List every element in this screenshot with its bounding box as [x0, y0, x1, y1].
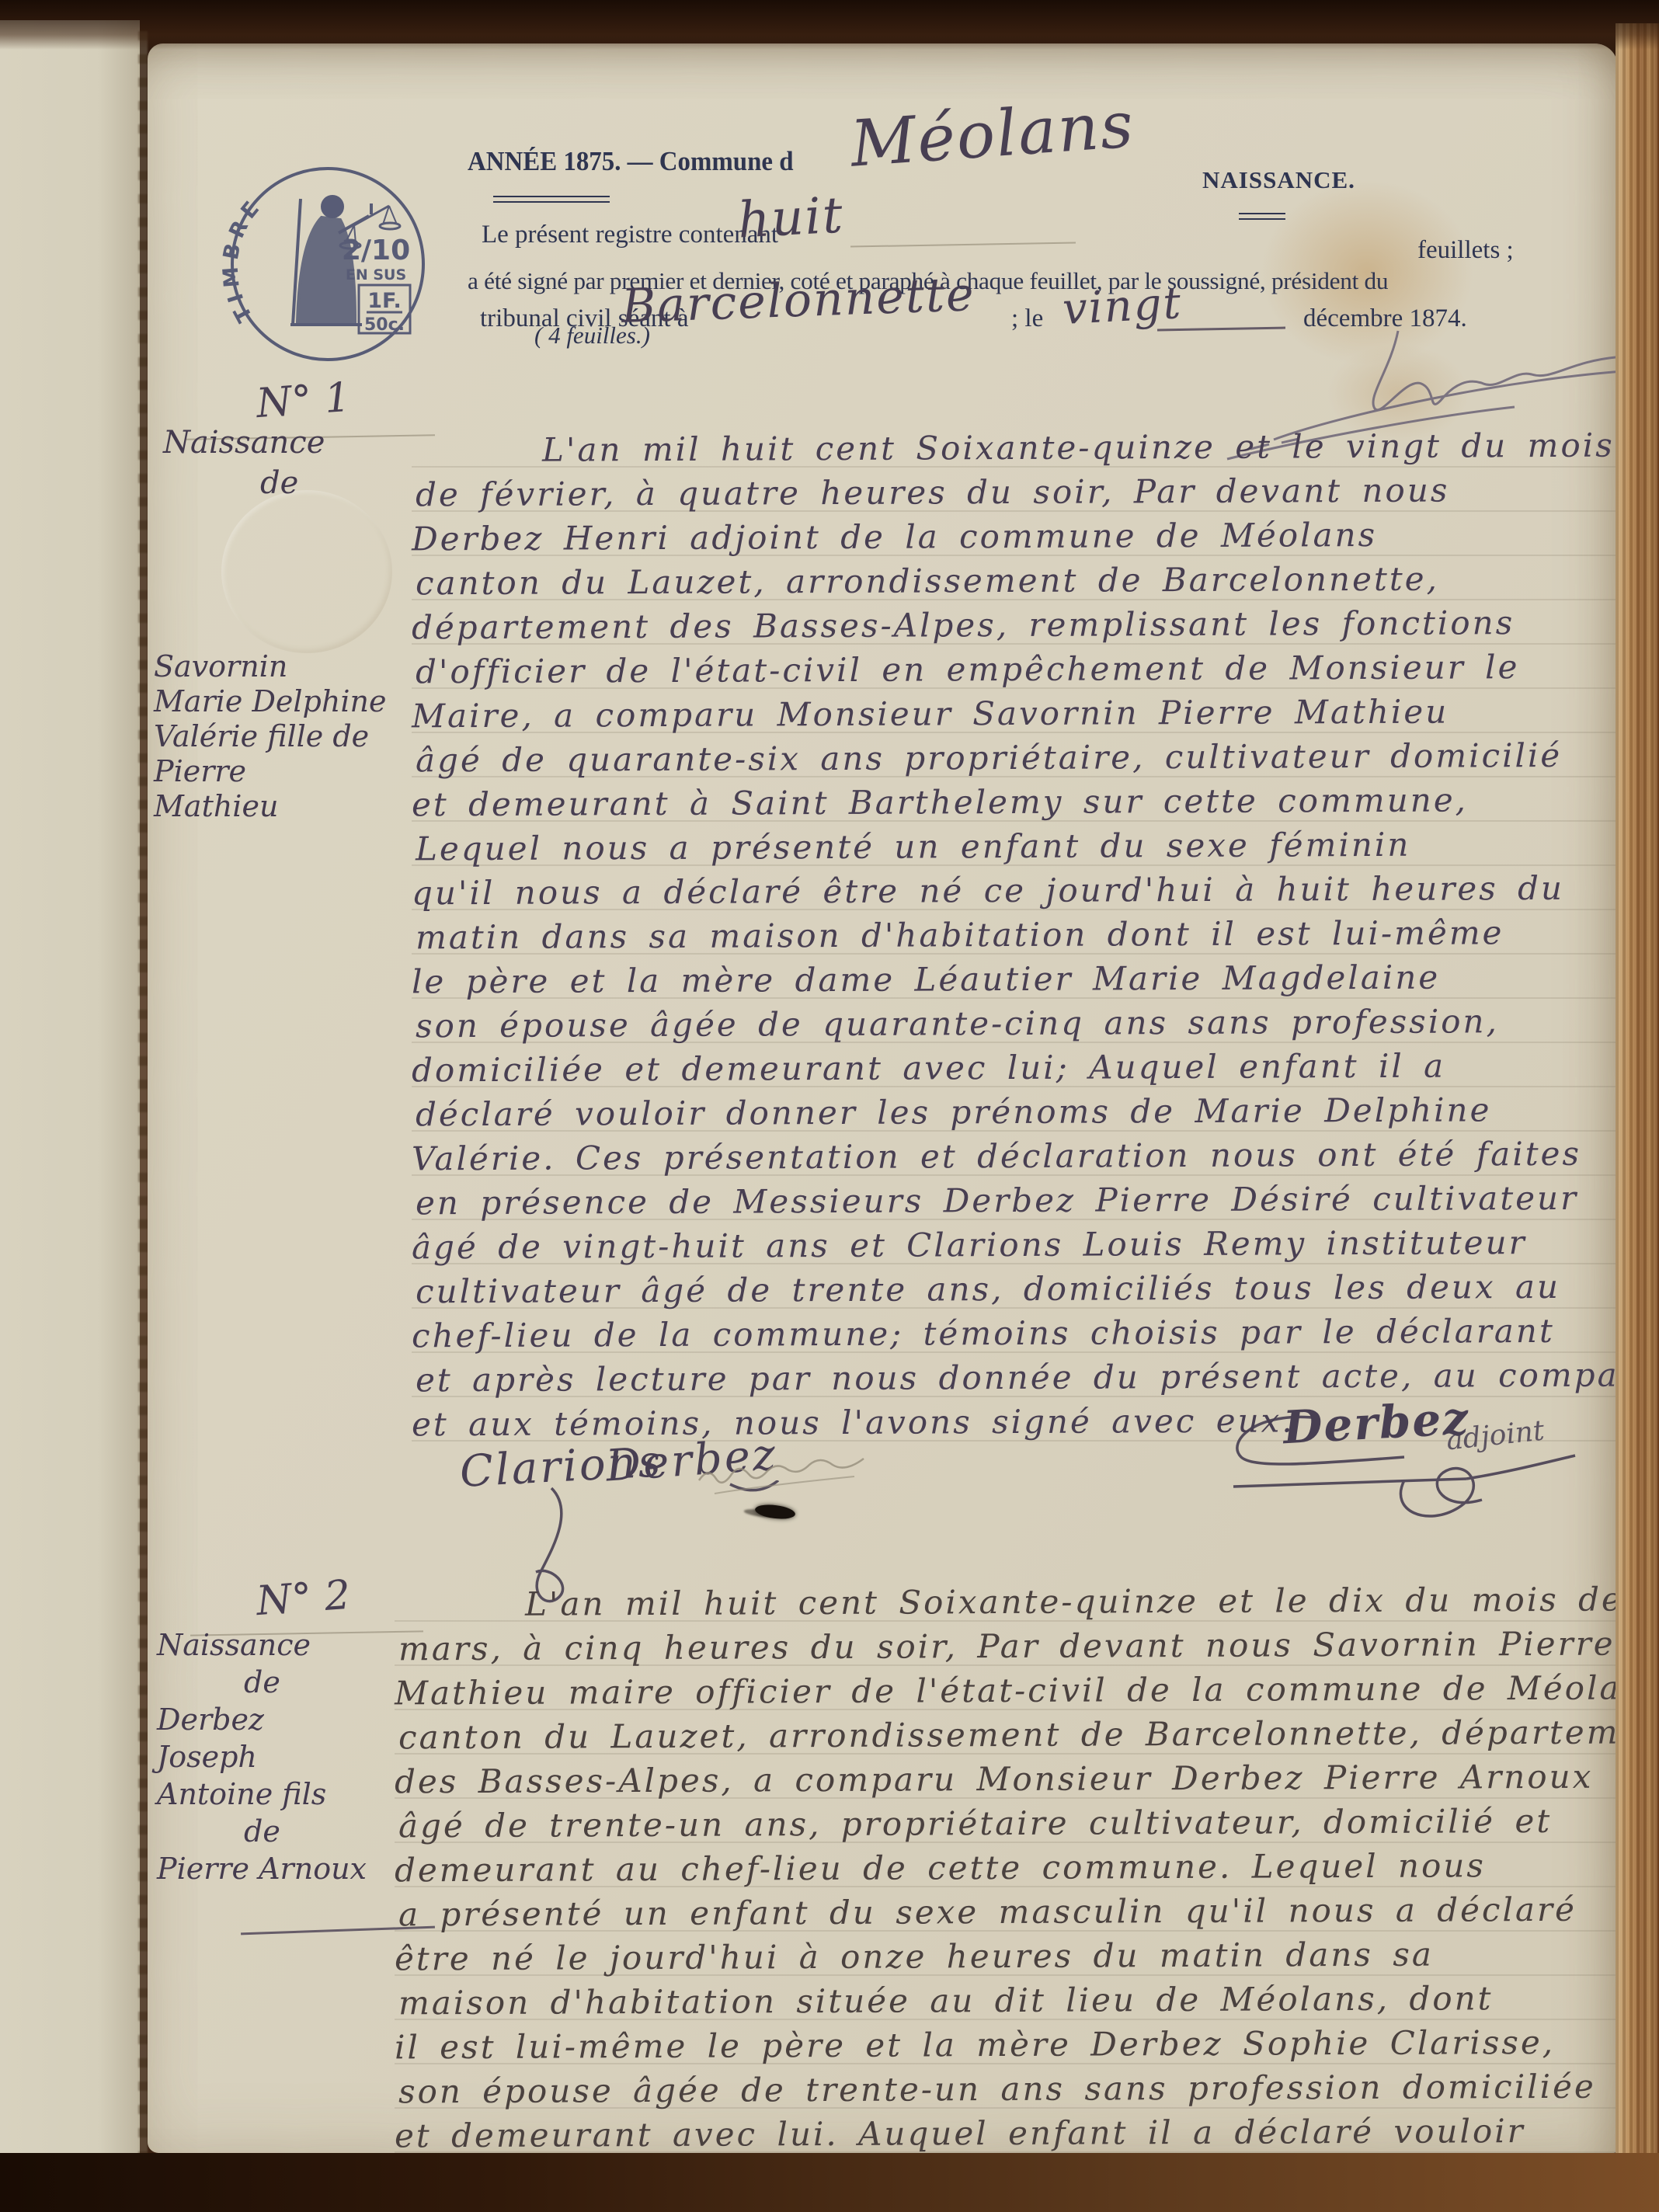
sheets-note: ( 4 feuilles.) — [534, 322, 650, 350]
manuscript-line: L'an mil huit cent Soixante-quinze et le… — [412, 423, 1618, 473]
header-category-rule — [1239, 213, 1285, 220]
manuscript-line: matin dans sa maison d'habitation dont i… — [416, 910, 1618, 960]
commune-name-handwritten: Méolans — [848, 88, 1137, 181]
stamp-arc-label: TIMBRE — [222, 193, 268, 325]
header-title: ANNÉE 1875. — Commune d — [468, 146, 794, 177]
header-title-rule — [493, 196, 610, 203]
margin-line: Antoine fils — [157, 1776, 367, 1813]
margin-line: de — [244, 1664, 367, 1701]
manuscript-line: domiciliée et demeurant avec lui; Auquel… — [412, 1043, 1618, 1093]
register-line-end: feuillets ; — [1417, 236, 1514, 265]
timbre-revenue-stamp: TIMBRE 2/10 EN SUS — [222, 158, 433, 370]
header-category: NAISSANCE. — [1202, 166, 1355, 194]
margin-line: de — [260, 463, 325, 503]
pencil-line-after-count — [850, 242, 1076, 247]
manuscript-line: Maire, a comparu Monsieur Savornin Pierr… — [412, 689, 1618, 739]
tribunal-city-handwritten: Barcelonnette — [621, 267, 976, 334]
act2-text: L'an mil huit cent Soixante-quinze et le… — [395, 1580, 1618, 2153]
margin-line: Savornin — [154, 649, 386, 684]
manuscript-line: et demeurant avec lui. Auquel enfant il … — [395, 2109, 1618, 2153]
margin-line: de — [244, 1813, 367, 1850]
manuscript-line: maison d'habitation située au dit lieu d… — [398, 1976, 1618, 2026]
register-count-handwritten: huit — [736, 186, 845, 249]
manuscript-line: canton du Lauzet, arrondissement de Barc… — [416, 556, 1618, 606]
officer-signature-name: Derbez — [1282, 1392, 1470, 1454]
manuscript-line: son épouse âgée de quarante-cinq ans san… — [416, 999, 1618, 1049]
manuscript-line: a présenté un enfant du sexe masculin qu… — [398, 1887, 1618, 1937]
book-fore-edge — [1616, 23, 1659, 2212]
manuscript-line: son épouse âgée de trente-un ans sans pr… — [398, 2064, 1618, 2114]
tribunal-mid: ; le — [1011, 304, 1043, 333]
book-cover-bottom — [0, 2153, 1659, 2212]
manuscript-line: L'an mil huit cent Soixante-quinze et le… — [395, 1577, 1618, 1627]
manuscript-line: mars, à cinq heures du soir, Par devant … — [398, 1622, 1618, 1671]
manuscript-line: âgé de quarante-six ans propriétaire, cu… — [416, 733, 1618, 783]
manuscript-line: Mathieu maire officier de l'état-civil d… — [395, 1666, 1618, 1716]
book-cover-top — [0, 0, 1659, 50]
register-line-printed: Le présent registre contenant — [482, 221, 778, 249]
register-page: TIMBRE 2/10 EN SUS — [148, 43, 1618, 2153]
margin-line: Naissance — [157, 1626, 367, 1664]
manuscript-line: des Basses-Alpes, a comparu Monsieur Der… — [395, 1755, 1618, 1804]
manuscript-line: déclaré vouloir donner les prénoms de Ma… — [416, 1087, 1618, 1137]
margin-line: Joseph — [157, 1738, 367, 1776]
manuscript-line: chef-lieu de la commune; témoins choisis… — [412, 1309, 1618, 1358]
stamp-fee-top: 1F. — [367, 289, 402, 313]
manuscript-line: être né le jourd'hui à onze heures du ma… — [395, 1932, 1618, 1981]
manuscript-line: de février, à quatre heures du soir, Par… — [416, 468, 1618, 517]
margin-line: Marie Delphine — [154, 684, 386, 719]
act1-text: L'an mil huit cent Soixante-quinze et le… — [412, 426, 1618, 1444]
margin-line: Pierre — [154, 754, 386, 789]
registry-book-photo: TIMBRE 2/10 EN SUS — [0, 0, 1659, 2212]
manuscript-line: Derbez Henri adjoint de la commune de Mé… — [412, 512, 1618, 562]
stamp-fee-bottom: 50c. — [364, 315, 405, 335]
manuscript-line: âgé de trente-un ans, propriétaire culti… — [398, 1799, 1618, 1849]
manuscript-line: le père et la mère dame Léautier Marie M… — [412, 955, 1618, 1004]
act2-number: N° 2 — [255, 1572, 352, 1625]
manuscript-line: d'officier de l'état-civil en empêchemen… — [416, 645, 1618, 694]
margin-line: Derbez — [157, 1701, 367, 1738]
manuscript-line: il est lui-même le père et la mère Derbe… — [395, 2020, 1618, 2070]
blind-embossed-seal — [221, 490, 392, 653]
margin-line: Mathieu — [154, 789, 386, 824]
margin-line: Pierre Arnoux — [157, 1850, 367, 1887]
stamp-surtax-label: EN SUS — [346, 266, 406, 283]
manuscript-line: et demeurant à Saint Barthelemy sur cett… — [412, 777, 1618, 827]
officer-signature-flourish — [1210, 1364, 1614, 1542]
margin-line: Naissance — [163, 423, 325, 463]
pencil-note-scribble — [691, 1453, 893, 1500]
act2-margin: NaissancedeDerbezJosephAntoine filsdePie… — [157, 1626, 367, 1887]
binding-gutter — [138, 31, 148, 2159]
manuscript-line: Valérie. Ces présentation et déclaration… — [412, 1132, 1618, 1181]
manuscript-line: âgé de vingt-huit ans et Clarions Louis … — [412, 1220, 1618, 1270]
manuscript-line: Lequel nous a présenté un enfant du sexe… — [416, 822, 1618, 871]
tribunal-date-handwritten: vingt — [1061, 278, 1183, 335]
act1-margin-name: SavorninMarie DelphineValérie fille dePi… — [154, 649, 386, 824]
margin-line: Valérie fille de — [154, 719, 386, 754]
manuscript-line: en présence de Messieurs Derbez Pierre D… — [416, 1176, 1618, 1226]
facing-page-edge — [0, 20, 140, 2172]
manuscript-line: qu'il nous a déclaré être né ce jourd'hu… — [412, 866, 1618, 916]
act1-number: N° 1 — [255, 374, 352, 427]
manuscript-line: demeurant au chef-lieu de cette commune.… — [395, 1843, 1618, 1893]
stamp-surtax-value: 2/10 — [342, 235, 410, 266]
manuscript-line: cultivateur âgé de trente ans, domicilié… — [416, 1264, 1618, 1314]
manuscript-line: département des Basses-Alpes, remplissan… — [412, 600, 1618, 650]
act1-margin-heading: Naissancede — [163, 423, 325, 503]
manuscript-line: canton du Lauzet, arrondissement de Barc… — [398, 1710, 1618, 1760]
